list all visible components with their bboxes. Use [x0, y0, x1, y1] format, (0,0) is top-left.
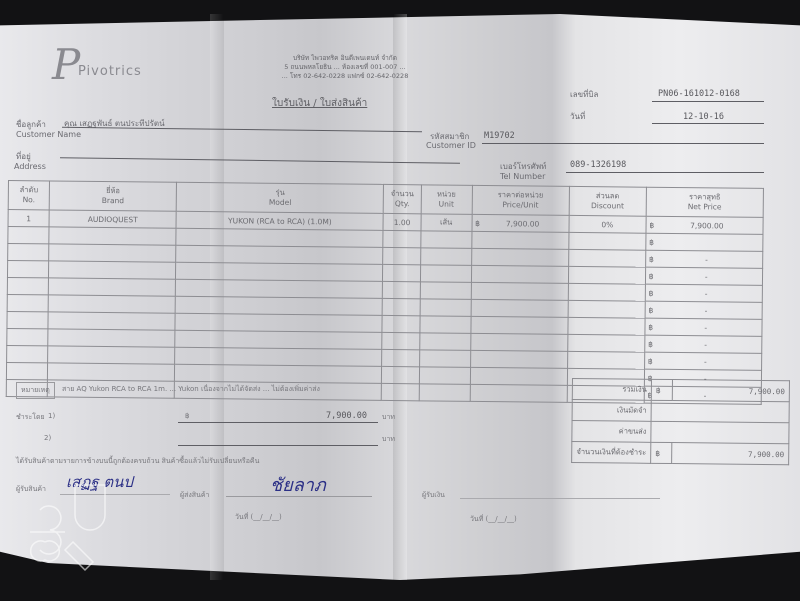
footer-note: ได้รับสินค้าตามรายการข้างบนนี้ถูกต้องครบ… [16, 456, 259, 467]
row-model: YUKON (RCA to RCA) (1.0M) [176, 211, 383, 230]
underline [482, 143, 764, 144]
cashier-label: ผู้รับเงิน [422, 490, 445, 501]
company-name: บริษัท ไพวอทริค อินดีเพนเดนท์ จำกัด [200, 54, 490, 63]
company-phone: ... โทร 02-642-0228 แฟกซ์ 02-642-0228 [200, 72, 490, 81]
payment-method-1-label: 1) [48, 412, 55, 420]
underline [566, 172, 764, 173]
row-net: ฿7,900.00 [646, 216, 763, 234]
row-qty: 1.00 [383, 213, 420, 230]
shipping-row: ค่าขนส่ง [572, 421, 789, 444]
col-net-price: ราคาสุทธิNet Price [646, 187, 764, 217]
bill-number: PN06-161012-0168 [658, 89, 740, 99]
date-label: วันที่ [570, 110, 585, 123]
company-info: บริษัท ไพวอทริค อินดีเพนเดนท์ จำกัด 5 ถน… [200, 54, 490, 81]
col-unit: หน่วยUnit [421, 185, 472, 215]
subtotal-row: รวมเงิน฿7,900.00 [572, 379, 789, 402]
row-unit: เส้น [421, 214, 472, 232]
customer-id: M19702 [484, 131, 515, 141]
sender-signature: ชัยลาภ [270, 470, 326, 499]
bill-date: 12-10-16 [683, 112, 724, 122]
deposit-row: เงินมัดจำ [572, 400, 789, 423]
remark-text: สาย AQ Yukon RCA to RCA 1m. ... Yukon เน… [62, 384, 562, 395]
col-price-unit: ราคาต่อหน่วยPrice/Unit [472, 185, 569, 215]
signature-line [460, 498, 660, 499]
summary-table: รวมเงิน฿7,900.00 เงินมัดจำ ค่าขนส่ง จำนว… [571, 378, 790, 465]
col-brand: ยี่ห้อBrand [49, 181, 176, 211]
remark-label: หมายเหตุ [16, 382, 55, 399]
payment-line-2 [178, 445, 378, 446]
logo-p-glyph: P [52, 40, 80, 89]
row-brand: AUDIOQUEST [49, 210, 176, 228]
customer-name-label-en: Customer Name [16, 130, 81, 139]
payment-method-2-label: 2) [44, 434, 51, 442]
bill-number-label: เลขที่บิล [570, 88, 598, 101]
company-logo: P Pivotrics [52, 40, 162, 90]
signature-line [226, 496, 372, 497]
col-discount: ส่วนลดDiscount [569, 186, 646, 216]
row-no: 1 [8, 210, 49, 227]
sender-label: ผู้ส่งสินค้า [180, 490, 209, 501]
watermark-icon [20, 470, 110, 580]
company-address: 5 ถนนพหลโยธิน ... ห้องเลขที่ 001-007 ... [200, 63, 490, 72]
tel-label-en: Tel Number [500, 172, 545, 181]
payment-label: ชำระโดย [16, 412, 45, 423]
payment-method-2-unit: บาท [382, 434, 395, 445]
document-title: ใบรับเงิน / ใบส่งสินค้า [272, 96, 367, 111]
items-table: ลำดับNo. ยี่ห้อBrand รุ่นModel จำนวนQty.… [6, 180, 764, 405]
col-model: รุ่นModel [176, 182, 384, 213]
underline [652, 101, 764, 102]
total-row: จำนวนเงินที่ต้องชำระ฿7,900.00 [572, 442, 789, 465]
payment-line-1 [178, 422, 378, 423]
tel-number: 089-1326198 [570, 160, 626, 170]
row-price: ฿7,900.00 [472, 214, 569, 232]
sender-date: วันที่ (__/__/__) [235, 512, 282, 523]
payment-currency: ฿ [185, 412, 189, 420]
customer-id-label-en: Customer ID [426, 141, 476, 150]
payment-method-1-amount: 7,900.00 [326, 411, 367, 421]
col-no: ลำดับNo. [8, 181, 49, 210]
payment-method-1-unit: บาท [382, 412, 395, 423]
cashier-date: วันที่ (__/__/__) [470, 514, 517, 525]
underline [652, 123, 764, 124]
row-discount: 0% [569, 215, 646, 233]
logo-text: Pivotrics [78, 64, 142, 79]
col-qty: จำนวนQty. [384, 184, 421, 213]
address-label-en: Address [14, 162, 46, 171]
